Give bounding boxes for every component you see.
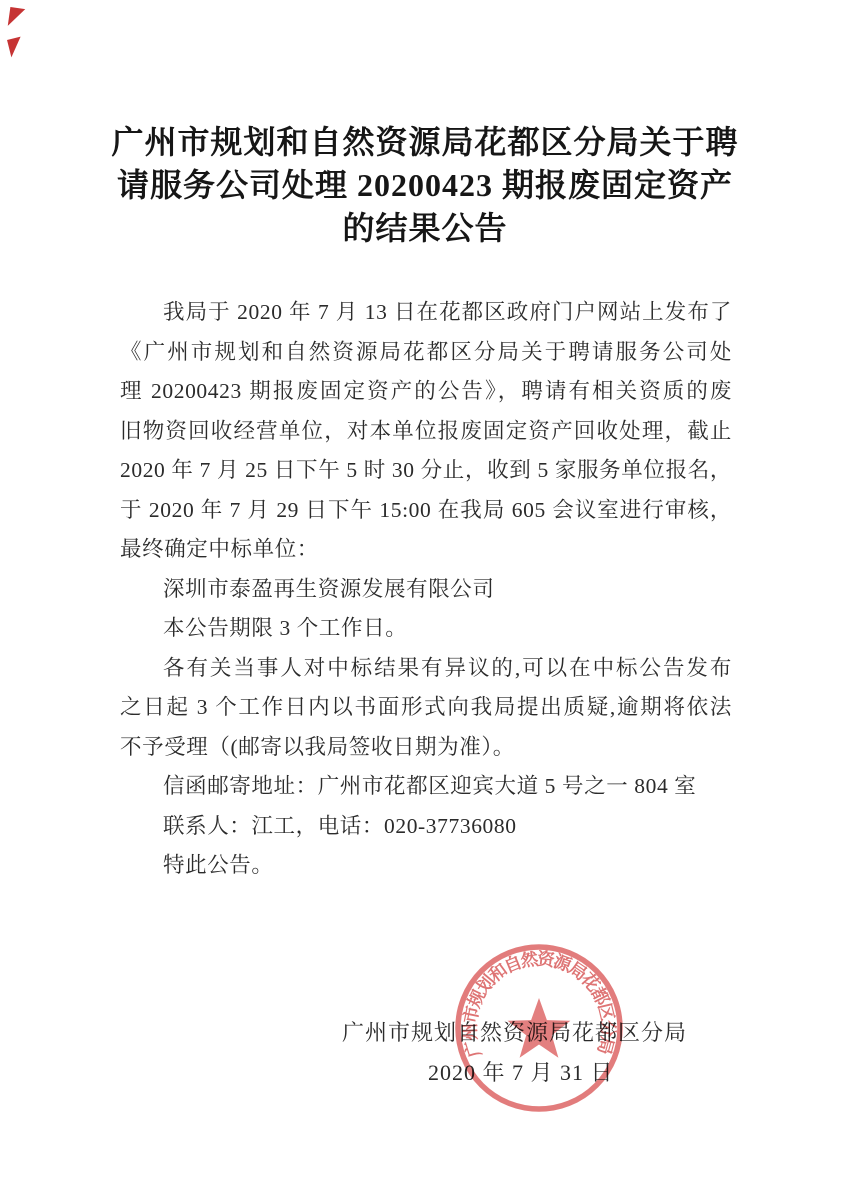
document-body: 我局于 2020 年 7 月 13 日在花都区政府门户网站上发布了 《广州市规划… [120,293,732,886]
body-line: 旧物资回收经营单位，对本单位报废固定资产回收处理，截止 [120,412,732,452]
body-line: 本公告期限 3 个工作日。 [120,609,732,649]
body-line: 各有关当事人对中标结果有异议的,可以在中标公告发布 [120,649,732,689]
body-line: 深圳市泰盈再生资源发展有限公司 [120,570,732,610]
document-page: 广州市规划和自然资源局花都区分局关于聘 请服务公司处理 20200423 期报废… [0,0,850,1203]
body-line: 特此公告。 [120,846,732,886]
body-line: 联系人：江工，电话：020-37736080 [120,807,732,847]
title-line: 广州市规划和自然资源局花都区分局关于聘 [60,121,790,164]
body-line: 于 2020 年 7 月 29 日下午 15:00 在我局 605 会议室进行审… [120,491,732,531]
body-line: 最终确定中标单位： [120,530,732,570]
red-corner-mark [8,7,25,28]
body-line: 《广州市规划和自然资源局花都区分局关于聘请服务公司处 [120,333,732,373]
body-line: 2020 年 7 月 25 日下午 5 时 30 分止，收到 5 家服务单位报名… [120,451,732,491]
body-line: 之日起 3 个工作日内以书面形式向我局提出质疑,逾期将依法 [120,688,732,728]
official-seal: 广州市规划和自然资源局花都区分局 [452,941,627,1116]
document-title: 广州市规划和自然资源局花都区分局关于聘 请服务公司处理 20200423 期报废… [60,121,790,250]
red-corner-mark [7,37,25,58]
body-line: 理 20200423 期报废固定资产的公告》，聘请有相关资质的废 [120,372,732,412]
seal-star-icon [508,998,571,1058]
title-line: 的结果公告 [60,207,790,250]
body-line: 我局于 2020 年 7 月 13 日在花都区政府门户网站上发布了 [120,293,732,333]
title-line: 请服务公司处理 20200423 期报废固定资产 [60,164,790,207]
body-line: 不予受理（(邮寄以我局签收日期为准）。 [120,728,732,768]
body-line: 信函邮寄地址：广州市花都区迎宾大道 5 号之一 804 室 [120,767,732,807]
